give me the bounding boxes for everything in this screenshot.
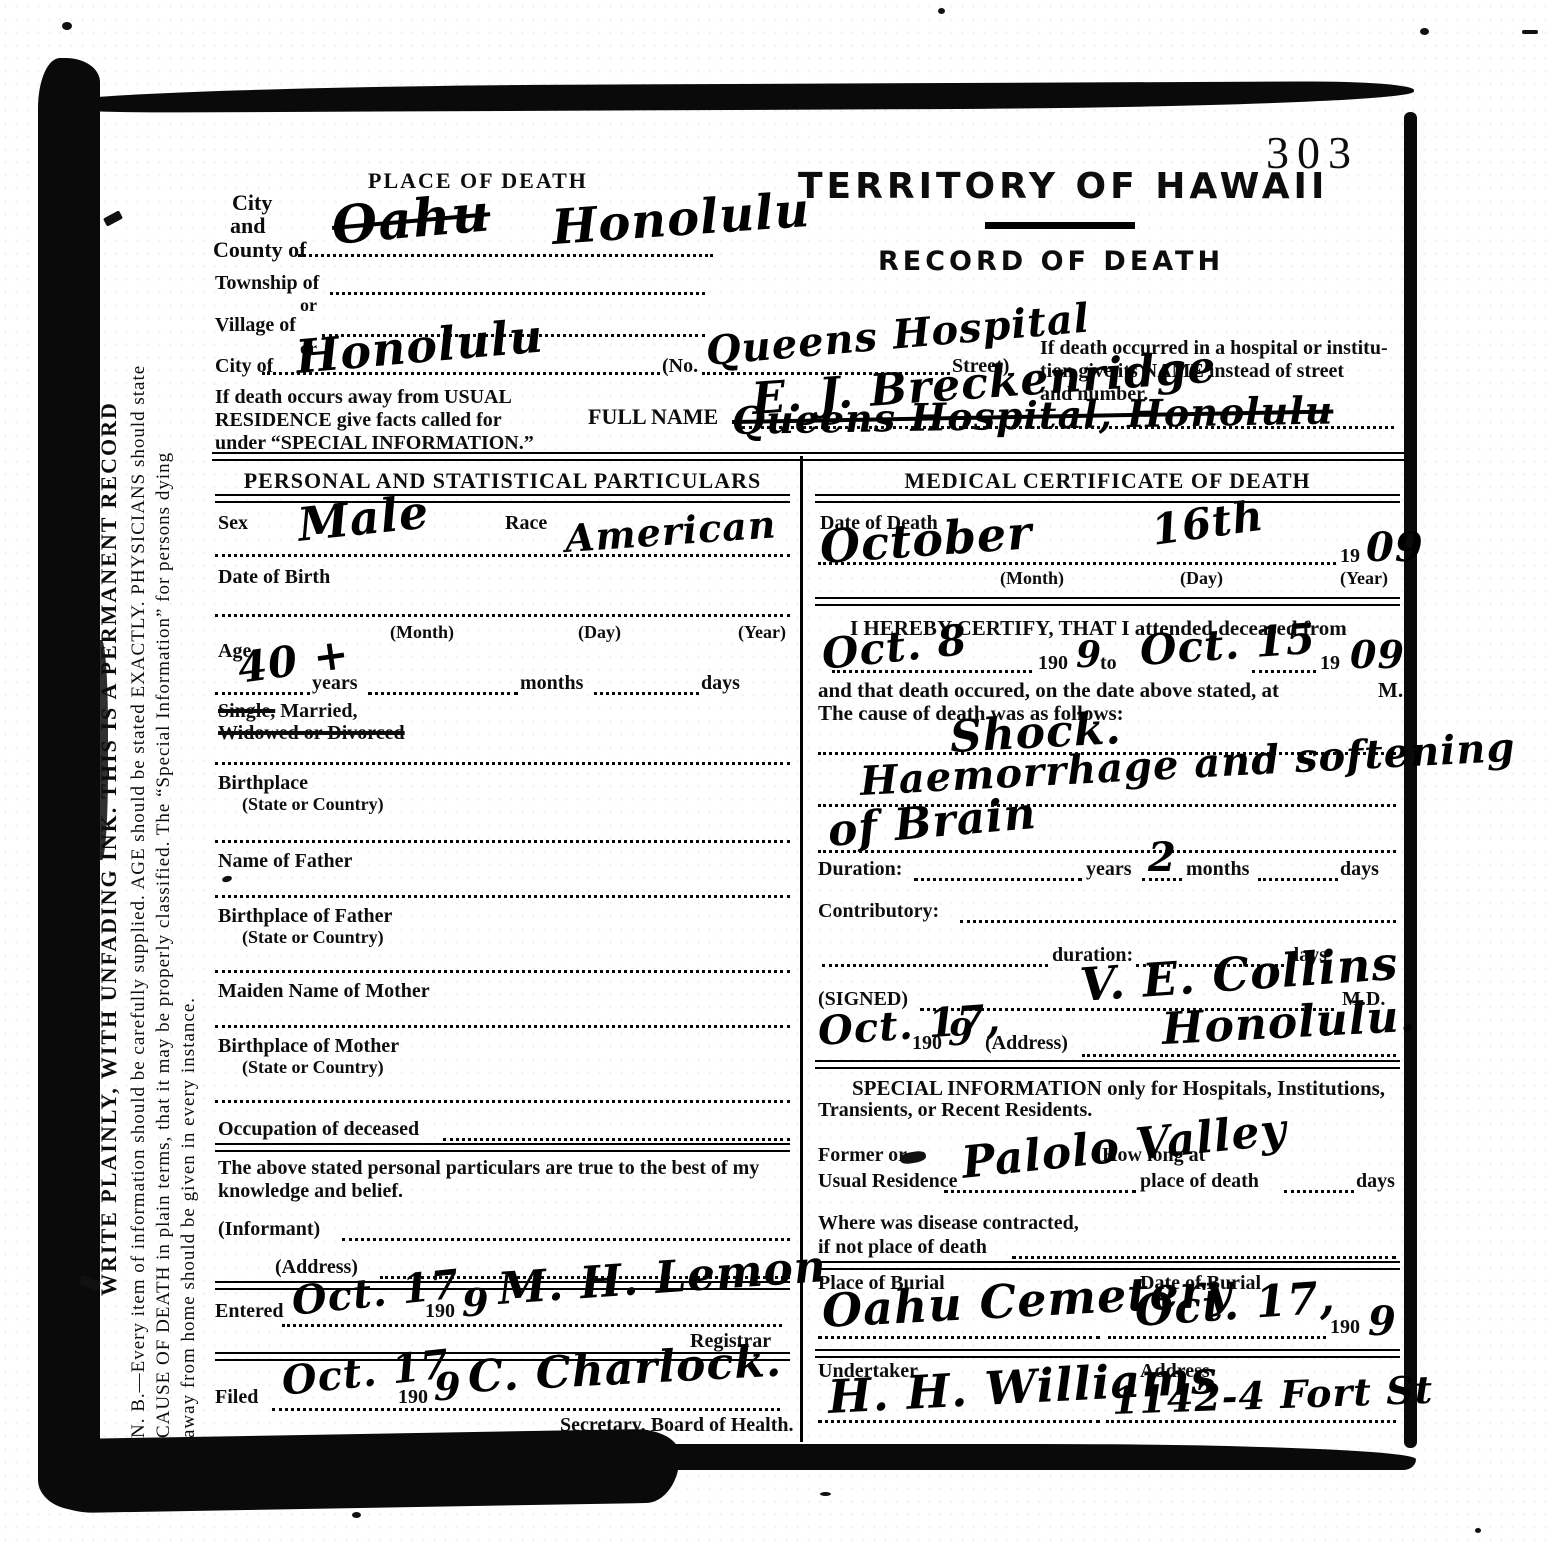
label-days3: days (1356, 1170, 1395, 1193)
dotted-line (594, 690, 699, 695)
label-race: Race (505, 512, 547, 535)
margin-note-line3: away from home should be given in every … (178, 878, 200, 1438)
label-and: and (230, 213, 265, 239)
label-duration-days: days (1340, 858, 1379, 881)
label-m: M. (1378, 678, 1403, 703)
label-month: (Month) (390, 622, 454, 643)
scan-edge-bottom-blob (39, 1428, 680, 1513)
label-state-or-country: (State or Country) (242, 794, 384, 815)
statement-line1: The above stated personal particulars ar… (218, 1157, 759, 1180)
dotted-line (832, 668, 1032, 673)
death-occured-statement: and that death occured, on the date abov… (818, 678, 1279, 703)
dotted-line (1252, 668, 1316, 673)
marital-status-line1: Single, Married, (218, 700, 357, 723)
marital-married: Married, (280, 700, 357, 722)
ink-mark (103, 210, 123, 226)
special-info-line2: Transients, or Recent Residents. (818, 1099, 1092, 1122)
usual-residence-note-line1: If death occurs away from USUAL (215, 386, 512, 409)
label-usual-residence: Usual Residence (818, 1170, 957, 1193)
dotted-line (272, 1406, 780, 1411)
label-year: (Year) (738, 622, 786, 643)
scan-speck (1420, 28, 1429, 35)
hw-duration-value: 2 (1148, 834, 1177, 881)
label-days: days (701, 672, 740, 695)
hw-signed-year: 9 (948, 1012, 974, 1054)
dotted-line (215, 893, 790, 898)
dotted-line (215, 1098, 790, 1103)
label-day: (Day) (1180, 568, 1223, 589)
dotted-line (368, 690, 518, 695)
label-former-or: Former or (818, 1144, 907, 1167)
dotted-line (960, 918, 1396, 923)
dotted-line (944, 1188, 1136, 1193)
rule (815, 494, 1400, 503)
dotted-line (443, 1136, 790, 1141)
dotted-line (818, 1418, 1100, 1423)
special-info-line1: SPECIAL INFORMATION only for Hospitals, … (852, 1076, 1385, 1101)
label-name-of-father: Name of Father (218, 850, 352, 873)
scan-edge-right (1404, 112, 1417, 1448)
label-informant: (Informant) (218, 1218, 320, 1241)
scan-edge-left (38, 58, 100, 1510)
label-full-name: FULL NAME (588, 404, 718, 430)
territory-title: TERRITORY OF HAWAII (798, 166, 1328, 207)
label-secretary: Secretary, Board of Health. (560, 1414, 793, 1437)
label-filed: Filed (215, 1386, 258, 1409)
dotted-line (262, 370, 660, 375)
label-year: (Year) (1340, 568, 1388, 589)
statement-line2: knowledge and belief. (218, 1180, 403, 1203)
dotted-line (282, 1322, 782, 1327)
hw-county-island: Oahu (329, 182, 492, 257)
contracted-line2: if not place of death (818, 1236, 987, 1259)
record-of-death-title: RECORD OF DEATH (878, 246, 1224, 277)
hw-registrar-signature: M. H. Lemon (496, 1241, 828, 1315)
dotted-line (215, 612, 790, 617)
label-duration-years: years (1086, 858, 1132, 881)
label-month: (Month) (1000, 568, 1064, 589)
printed-year-prefix: 19 (1340, 545, 1360, 568)
scan-speck (352, 1512, 361, 1518)
label-no-open: (No. (662, 355, 698, 378)
hw-secretary-signature: C. Charlock. (467, 1336, 783, 1403)
dotted-line (215, 690, 310, 695)
label-months: months (520, 672, 583, 695)
label-state-or-country: (State or Country) (242, 1057, 384, 1078)
dotted-line (330, 290, 705, 295)
personal-section-title: PERSONAL AND STATISTICAL PARTICULARS (215, 468, 790, 494)
label-state-or-country: (State or Country) (242, 927, 384, 948)
margin-warning: WRITE PLAINLY, WITH UNFADING INK. THIS I… (96, 468, 122, 1296)
label-birthplace-of-father: Birthplace of Father (218, 905, 392, 928)
label-township-of: Township of (215, 272, 319, 295)
medical-section-title: MEDICAL CERTIFICATE OF DEATH (815, 468, 1400, 494)
dotted-line (914, 876, 1082, 881)
printed-year-prefix: 190 (425, 1300, 455, 1323)
label-contributory: Contributory: (818, 900, 939, 923)
contracted-line1: Where was disease contracted, (818, 1212, 1079, 1235)
label-duration-months: months (1186, 858, 1249, 881)
dotted-line (818, 560, 1336, 565)
label-years: years (312, 672, 358, 695)
label-county-of: County of (213, 237, 307, 263)
label-duration: Duration: (818, 858, 902, 881)
scan-speck (820, 1492, 831, 1496)
dotted-line (1106, 1418, 1396, 1423)
dotted-line (1082, 1052, 1156, 1057)
ink-mark (221, 875, 232, 883)
dotted-line (215, 1023, 790, 1028)
dotted-line (215, 838, 790, 843)
printed-year-prefix: 190 (912, 1032, 942, 1055)
rule (815, 1060, 1400, 1069)
marital-single: Single, (218, 700, 275, 722)
hw-cause-line3: of Brain (826, 788, 1039, 857)
dotted-line (215, 552, 790, 557)
usual-residence-note-line2: RESIDENCE give facts called for (215, 409, 502, 432)
label-birthplace-of-mother: Birthplace of Mother (218, 1035, 399, 1058)
label-signed-address: (Address) (985, 1032, 1068, 1055)
margin-note-line1: N. B.—Every item of information should b… (128, 198, 150, 1438)
label-occupation: Occupation of deceased (218, 1118, 419, 1141)
title-rule (985, 222, 1135, 229)
scan-edge-top (42, 81, 1414, 113)
printed-year-prefix: 190 (1038, 652, 1068, 675)
hw-county-value: Honolulu (550, 182, 812, 256)
hw-entered-year: 9 (462, 1280, 489, 1325)
hw-to-year: 09 (1350, 632, 1405, 677)
hw-burial-year: 9 (1368, 1298, 1397, 1345)
dotted-line (818, 1334, 1100, 1339)
margin-note-line2: CAUSE OF DEATH in plain terms, that it m… (153, 198, 175, 1438)
dotted-line (342, 1236, 790, 1241)
section-rule (212, 452, 1404, 461)
dotted-line (215, 760, 790, 765)
dotted-line (298, 252, 713, 257)
dotted-line (1012, 1254, 1396, 1259)
scan-speck (1522, 30, 1538, 34)
rule (815, 597, 1400, 606)
dotted-line (822, 962, 1048, 967)
label-to: to (1100, 652, 1117, 675)
label-maiden-name-of-mother: Maiden Name of Mother (218, 980, 430, 1003)
label-or: or (300, 295, 317, 316)
hw-from-year: 9 (1076, 634, 1102, 676)
scan-speck (62, 22, 72, 30)
scan-speck (938, 8, 945, 14)
label-place-of-death2: place of death (1140, 1170, 1259, 1193)
scanned-death-certificate: WRITE PLAINLY, WITH UNFADING INK. THIS I… (0, 0, 1551, 1551)
label-birthplace: Birthplace (218, 772, 308, 795)
label-sex: Sex (218, 512, 248, 535)
printed-year-prefix: 190 (1330, 1316, 1360, 1339)
label-date-of-birth: Date of Birth (218, 566, 330, 589)
printed-year-prefix: 190 (398, 1386, 428, 1409)
dotted-line (1160, 1052, 1396, 1057)
hw-filed-year: 9 (434, 1364, 461, 1409)
rule (215, 1143, 790, 1152)
scan-speck (1475, 1528, 1481, 1533)
dotted-line (1284, 1188, 1354, 1193)
dotted-line (1108, 1334, 1326, 1339)
dotted-line (818, 848, 1396, 853)
marital-widowed: Widowed or Divorced (218, 722, 405, 745)
label-day: (Day) (578, 622, 621, 643)
column-divider (800, 456, 803, 1442)
hw-full-name-struck: Queens Hospital, Honolulu (732, 388, 1334, 443)
dotted-line (1258, 876, 1338, 881)
hw-death-year: 09 (1366, 524, 1424, 571)
label-entered: Entered (215, 1300, 284, 1323)
label-village-of: Village of (215, 314, 296, 337)
printed-year-prefix: 19 (1320, 652, 1340, 675)
dotted-line (215, 968, 790, 973)
